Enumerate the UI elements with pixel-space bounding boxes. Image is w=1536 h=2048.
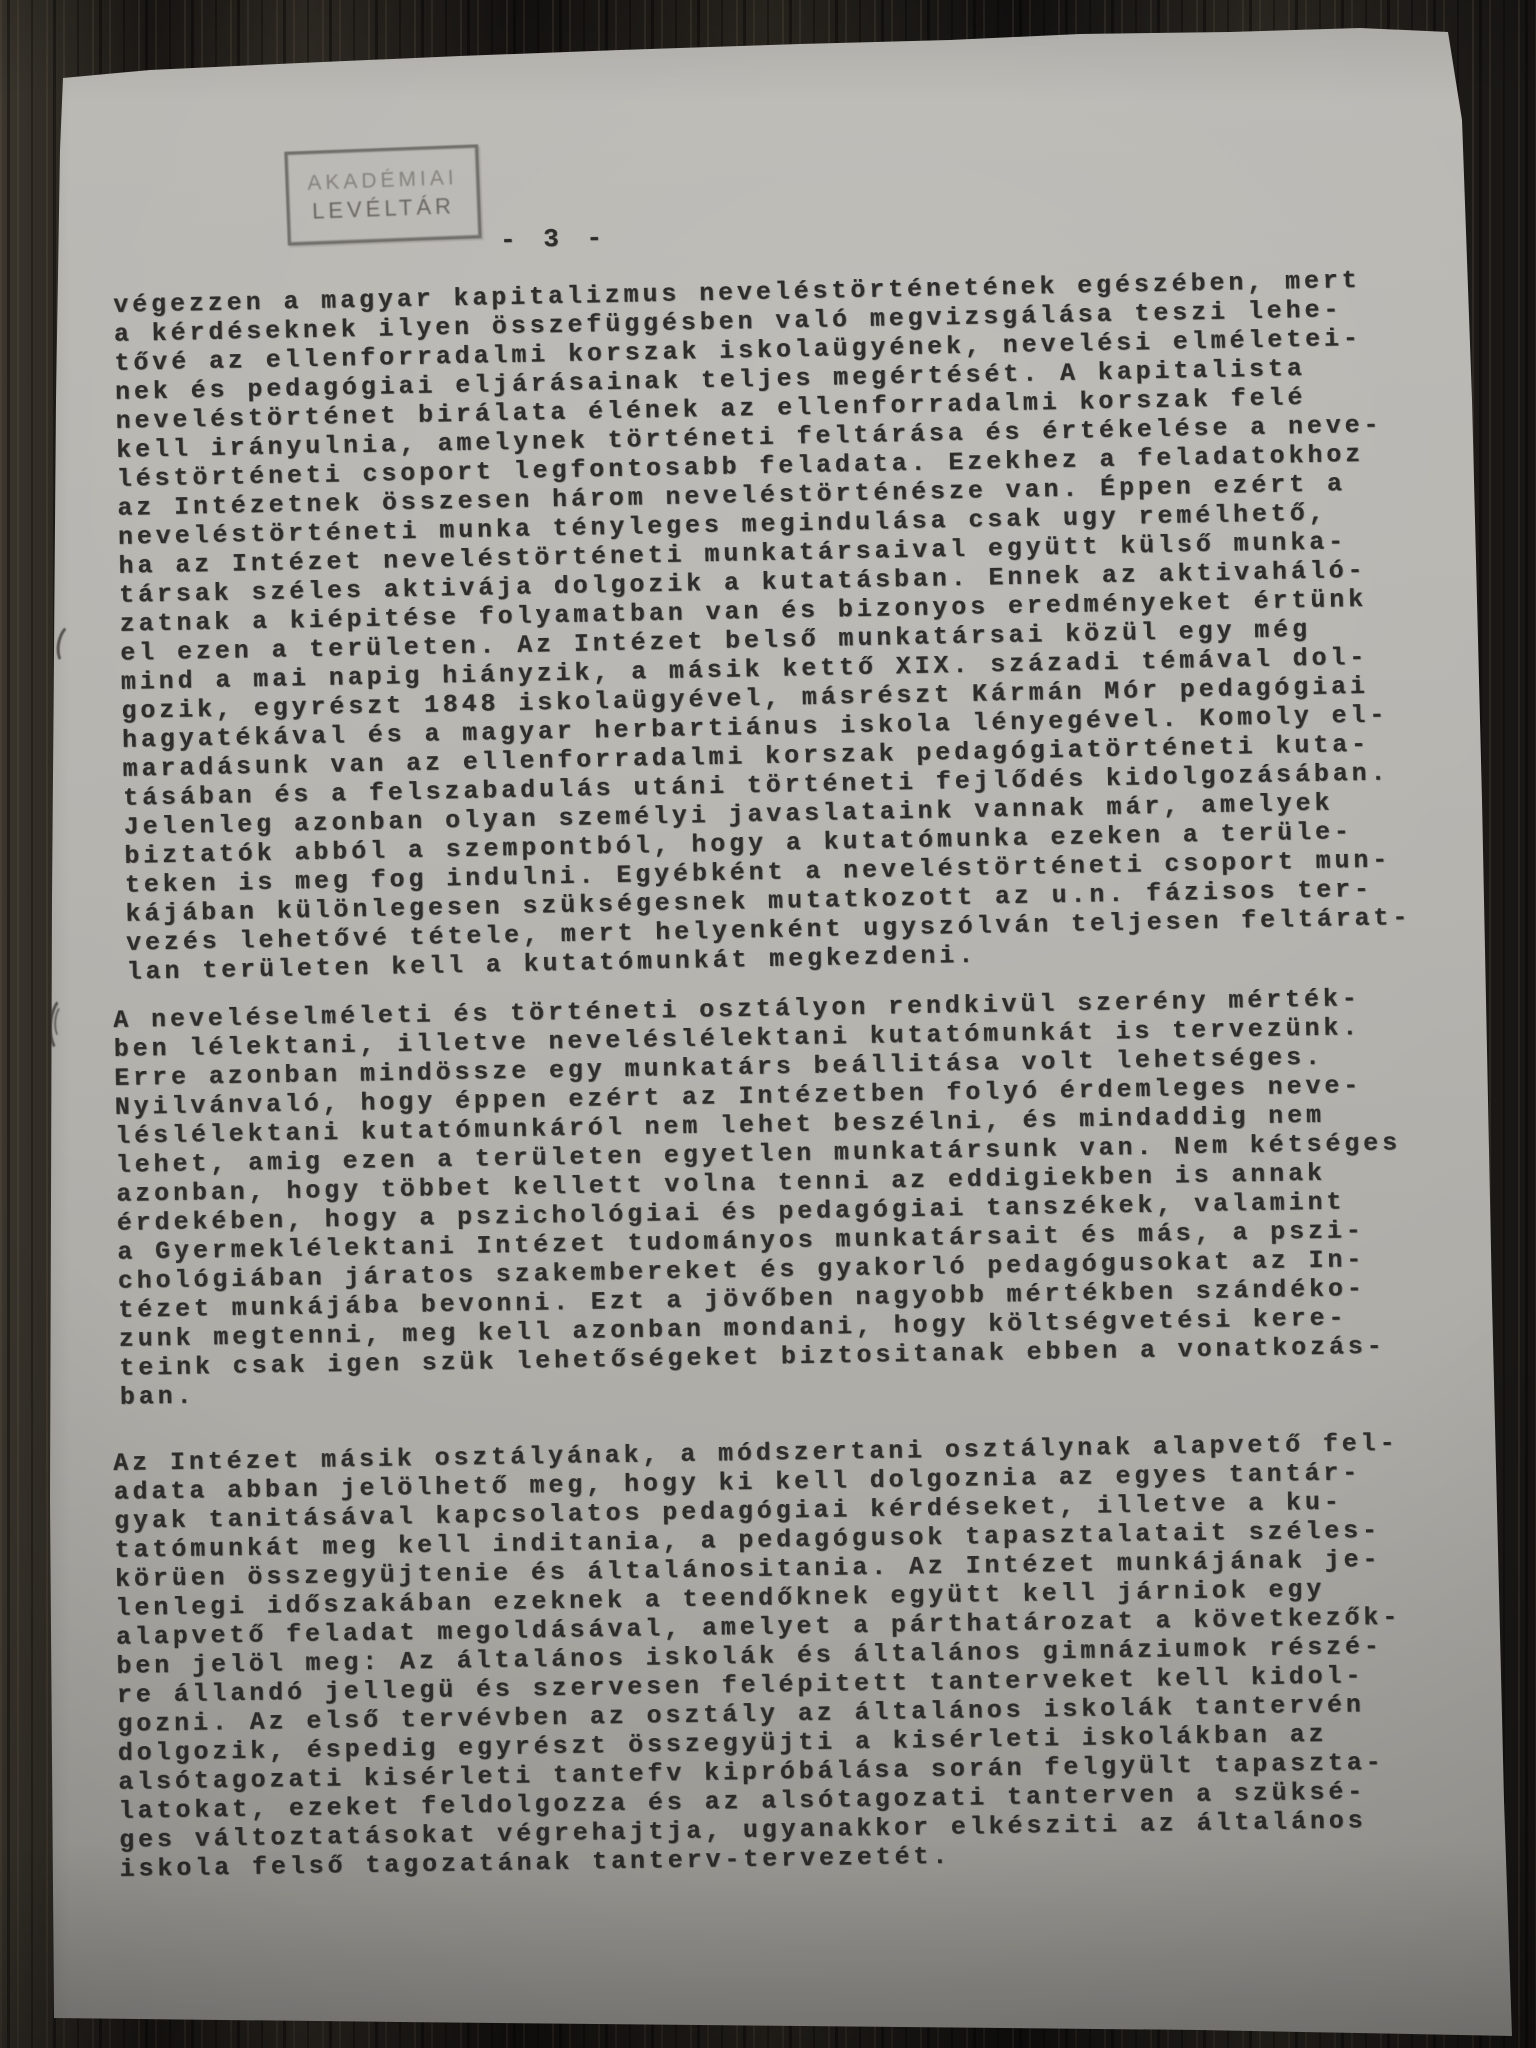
paragraph-2: A neveléselméleti és történeti osztályon…	[113, 984, 1405, 1412]
archive-stamp: AKADÉMIAI LEVÉLTÁR	[284, 144, 481, 245]
archival-photo: AKADÉMIAI LEVÉLTÁR - 3 - végezzen a magy…	[0, 0, 1536, 2048]
page-number: - 3 -	[500, 223, 609, 255]
document-page: AKADÉMIAI LEVÉLTÁR - 3 - végezzen a magy…	[0, 0, 1536, 2048]
paragraph-1: végezzen a magyar kapitalizmus neveléstö…	[113, 265, 1412, 987]
margin-pencil-mark	[47, 995, 81, 1055]
margin-pencil-mark	[54, 622, 85, 668]
paragraph-3: Az Intézet másik osztályának, a módszert…	[113, 1429, 1405, 1884]
archive-stamp-line1: AKADÉMIAI	[307, 166, 458, 196]
archive-stamp-line2: LEVÉLTÁR	[312, 193, 456, 224]
